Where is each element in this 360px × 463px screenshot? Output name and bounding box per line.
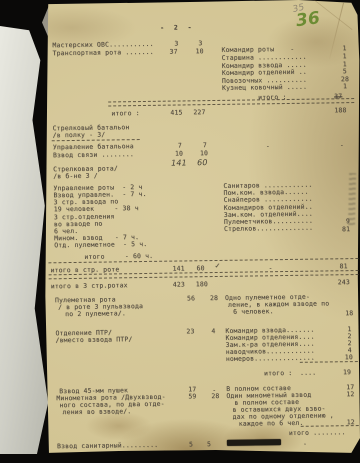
total-row-value: 243	[338, 279, 350, 286]
staff-item-label: Кузнец ковочный .....	[222, 84, 307, 92]
staff-item-num: 5	[343, 68, 347, 75]
check-mark: ✓	[214, 263, 220, 270]
row-value: 10	[200, 150, 208, 157]
redacted-text-bar	[227, 439, 281, 446]
unit-value: 5	[189, 441, 193, 448]
unit-value: 23	[186, 328, 194, 335]
typed-text-layer: - 2 - 35 36 Мастерских ОВС........... 3 …	[0, 0, 360, 463]
unit-value: 28	[210, 295, 218, 302]
unit-label: Взвод санитарный.........	[57, 442, 158, 450]
row-value: 10	[175, 150, 183, 157]
unit-note-value: 12	[346, 391, 354, 398]
total-row-value: 180	[196, 281, 208, 288]
handwritten-value: 141	[171, 159, 187, 166]
ink-handwriting-number: 36	[296, 15, 321, 25]
ptr-total-value: 19	[343, 369, 351, 376]
vertical-handwriting-mark	[348, 173, 356, 227]
staff-item-num: 1	[342, 45, 346, 52]
detail-line: Отд. пулеметное - 5 ч.	[54, 241, 147, 249]
grand-total-value: 227	[193, 109, 205, 116]
ptr-total-dots: ....	[300, 370, 316, 377]
unit-value: 59	[188, 393, 196, 400]
staff-item-num: 1	[343, 53, 347, 60]
unit-value: 56	[187, 295, 195, 302]
divider-rule	[300, 361, 358, 363]
staff-item-num: 1	[343, 83, 347, 90]
total-row-label: итого в 3 стр.ротах	[51, 282, 128, 290]
row-value: 10	[195, 48, 203, 55]
grand-total-label: итого :	[111, 110, 139, 117]
unit-note: каждое по 6 чел.	[239, 420, 304, 428]
grand-total-value: 188	[334, 107, 346, 114]
detail-item-num: 81	[342, 226, 350, 233]
unit-note-value: 18	[345, 310, 353, 317]
ptr-total-label: итого :	[264, 370, 292, 377]
section-subtitle: /в полку - 3/	[53, 132, 106, 140]
row-sublabel: /в б-не 3 /	[53, 173, 98, 181]
unit-value: 28	[211, 393, 219, 400]
unit-value: 5	[207, 441, 211, 448]
row-label: Транспортная рота .......	[52, 49, 153, 57]
unit-label: /вместо взвода ПТР/	[55, 336, 132, 344]
divider-rule	[108, 98, 354, 106]
detail-item-label: Стрелков..............	[224, 225, 313, 233]
total-row-value: 423	[173, 281, 185, 288]
row-label: Взвод связи ........	[53, 151, 134, 159]
unit-note: 6 человек.	[233, 308, 274, 316]
divider-rule	[301, 425, 359, 427]
scanned-document: - 2 - 35 36 Мастерских ОВС........... 3 …	[0, 0, 360, 463]
row-value: 37	[169, 49, 177, 56]
unit-value: -	[303, 441, 307, 448]
row-value: -	[266, 143, 270, 150]
handwritten-value: 60	[197, 159, 208, 166]
row-value: 7	[178, 142, 182, 149]
unit-label: по 2 пулемета/.	[65, 310, 126, 318]
detail-total: итого - 60 ч.	[84, 253, 153, 261]
grand-total-value: 415	[170, 109, 182, 116]
row-value: -	[340, 142, 344, 149]
mortar-total-label: итого ........	[289, 429, 346, 437]
row-value: 3	[174, 41, 178, 48]
page-number: - 2 -	[160, 24, 194, 31]
row-value: 3	[198, 40, 202, 47]
underline-rule	[52, 139, 140, 141]
unit-value: 4	[211, 328, 215, 335]
unit-label: ления во взводе/.	[62, 408, 131, 416]
